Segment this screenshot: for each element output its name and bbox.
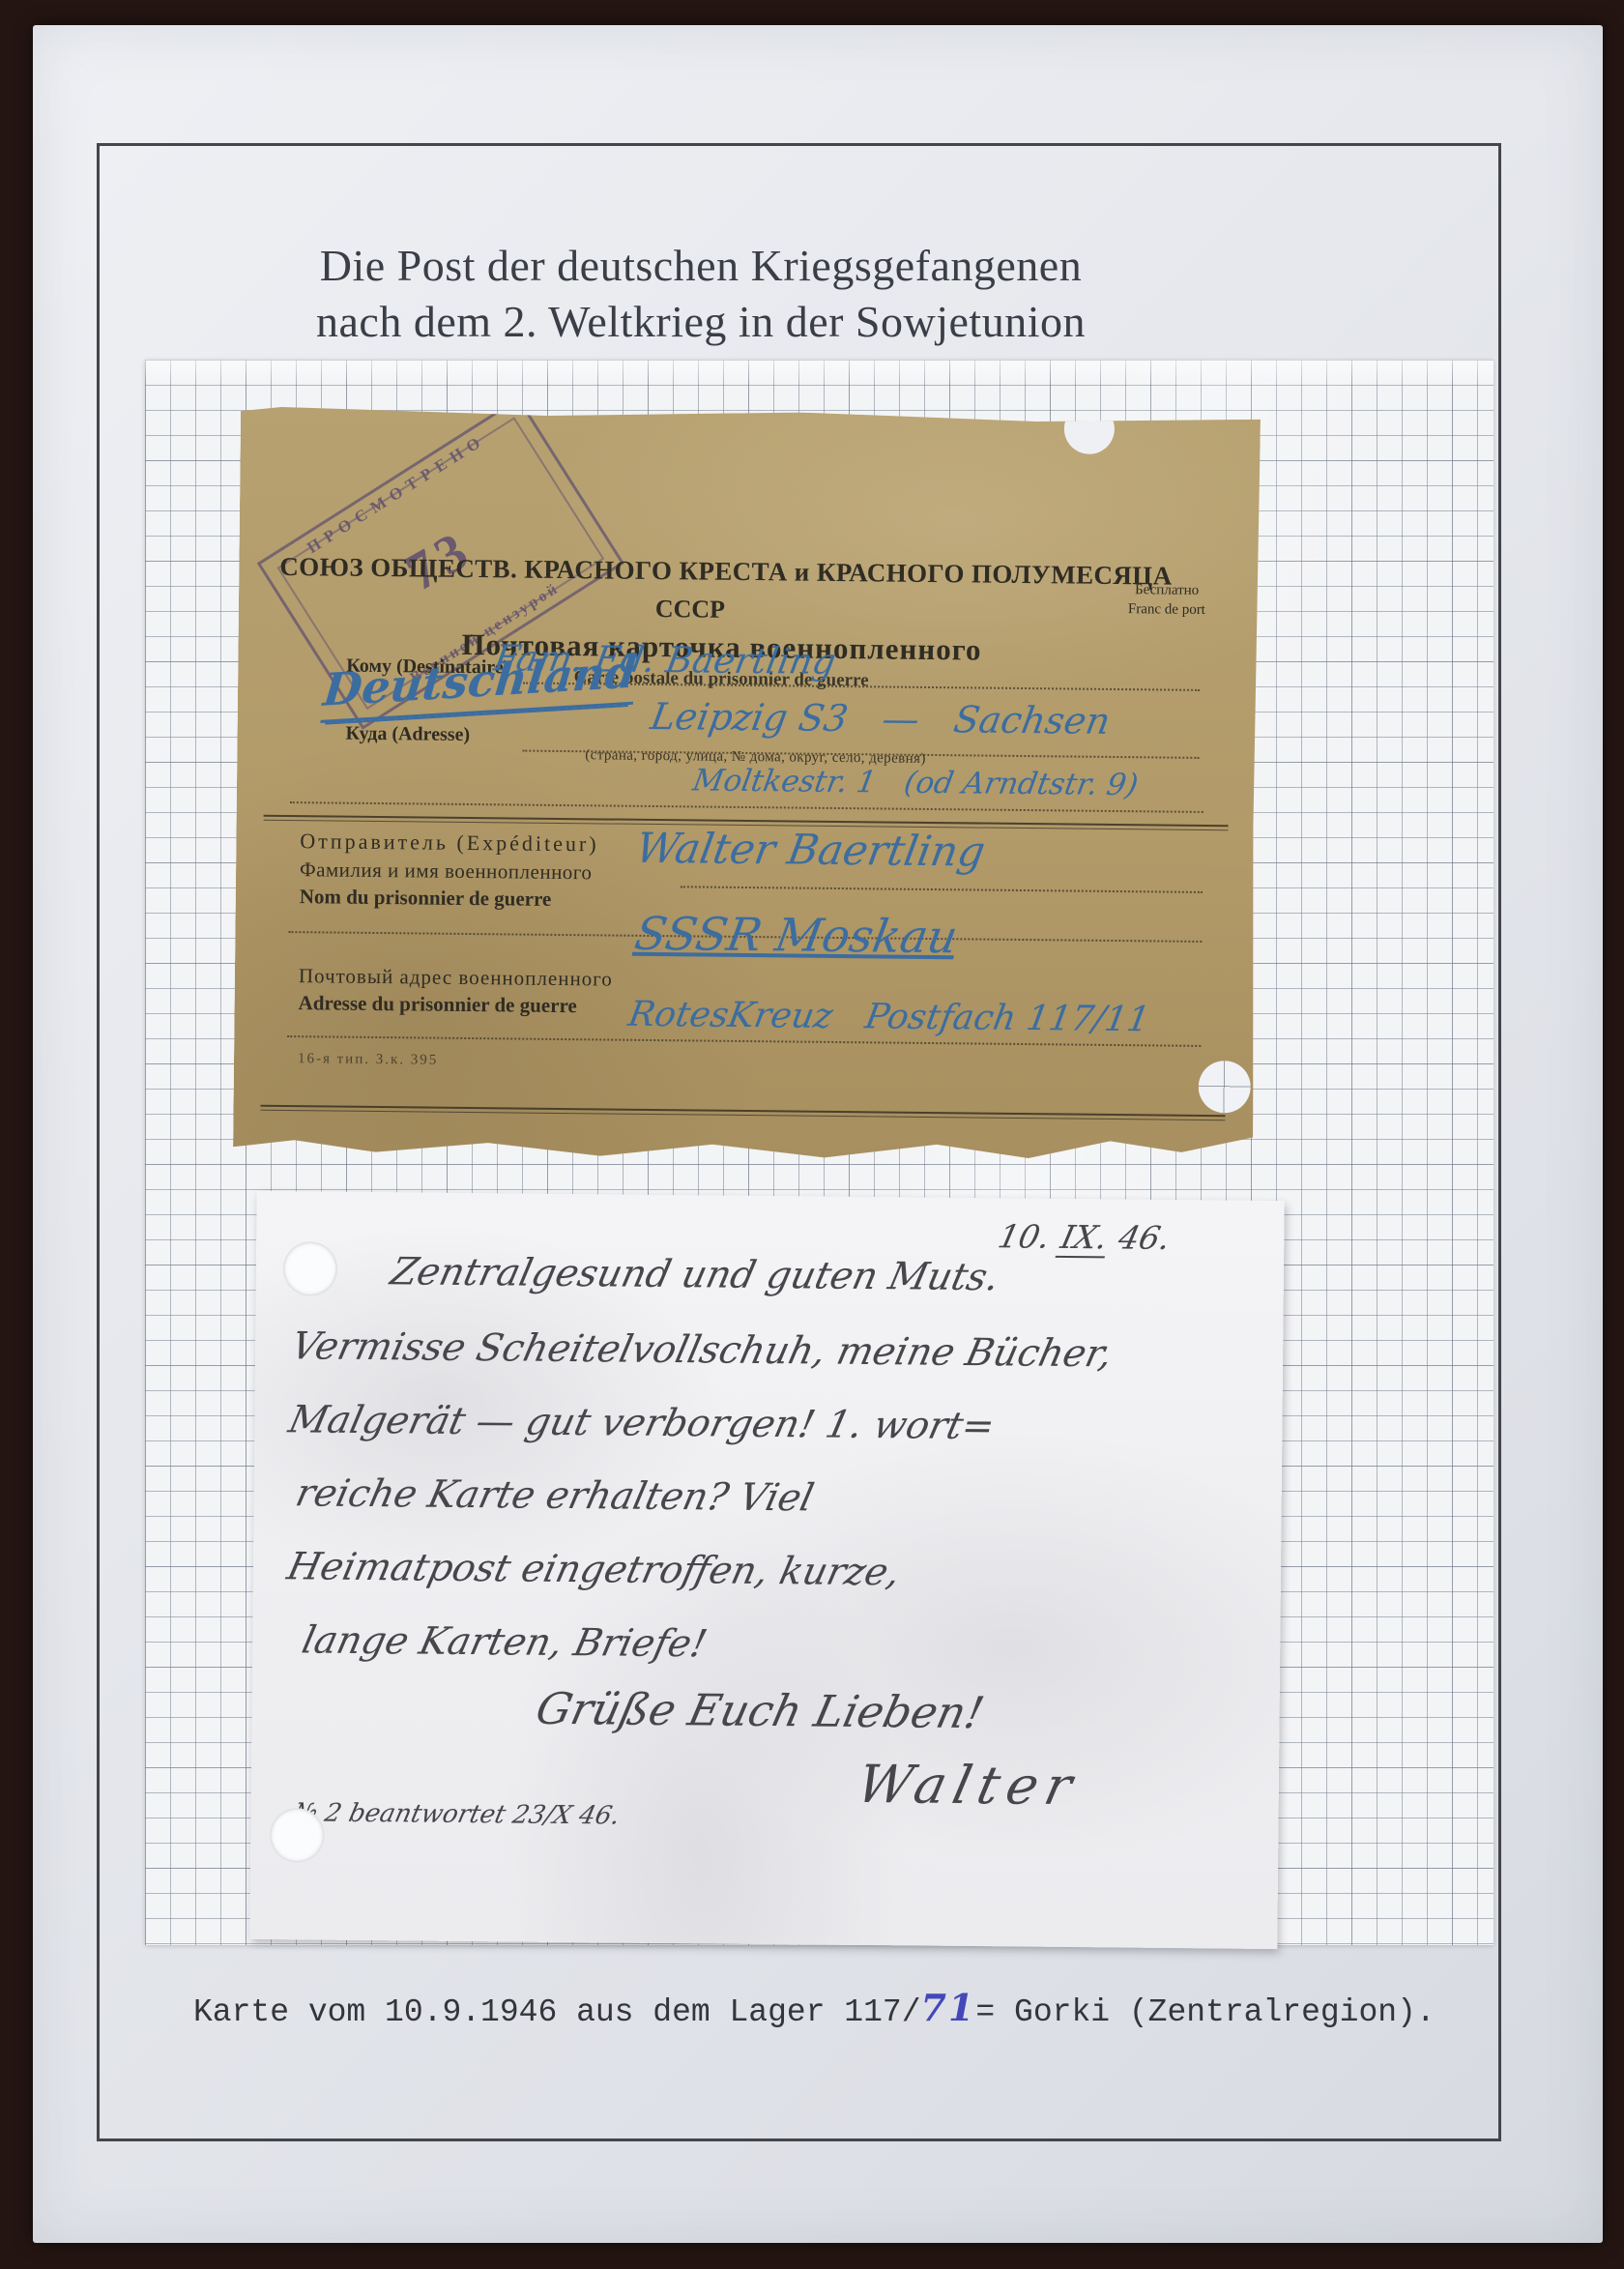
date-year: 46.: [1116, 1219, 1174, 1257]
page-title-line2: nach dem 2. Weltkrieg in der Sowjetunion: [106, 294, 1295, 350]
message-line: Zentralgesund und guten Muts.: [387, 1250, 1003, 1299]
date-day: 10.: [995, 1217, 1054, 1255]
separator-rule: [260, 1105, 1225, 1120]
free-of-charge-russian: Бесплатно: [1089, 582, 1244, 600]
message-closing: Grüße Euch Lieben!: [532, 1683, 989, 1738]
album-photo: Die Post der deutschen Kriegsgefangenen …: [0, 0, 1624, 2269]
message-line: reiche Karte erhalten? Viel: [292, 1471, 818, 1520]
pow-address-label-fr: Adresse du prisonnier de guerre: [298, 991, 576, 1018]
sender-handwriting: Walter Baertling: [632, 825, 988, 877]
pow-address-handwriting-line2: RotesKreuz Postfach 117/11: [625, 995, 1152, 1040]
postcard-message-side: 10. IX. 46. Zentralgesund und guten Muts…: [249, 1191, 1284, 1949]
punch-hole: [1198, 1061, 1251, 1114]
message-line: Vermisse Scheitelvollschuh, meine Bücher…: [287, 1324, 1116, 1376]
message-date: 10. IX. 46.: [995, 1217, 1174, 1257]
pow-postcard-address-side: ПРОСМОТРЕНО 73 Военной цензурой СОЮЗ ОБЩ…: [233, 406, 1261, 1163]
typed-caption: Karte vom 10.9.1946 aus dem Lager 117/71…: [193, 1986, 1435, 2030]
street-handwriting: Moltkestr. 1 (od Arndtstr. 9): [690, 763, 1141, 802]
pow-address-handwriting-line1: SSSR Moskau: [631, 908, 962, 964]
sender-label-ru: Отправитель (Expéditeur): [300, 829, 599, 857]
page-title-line1: Die Post der deutschen Kriegsgefangenen: [106, 238, 1295, 294]
printer-imprint: 16-я тип. З.к. 395: [298, 1051, 438, 1069]
city-handwriting: Leipzig S3 — Sachsen: [648, 695, 1114, 742]
message-line: lange Karten, Briefe!: [298, 1618, 710, 1666]
date-month: IX.: [1056, 1218, 1114, 1258]
address-label: Куда (Adresse): [345, 723, 470, 746]
caption-typed-suffix: = Gorki (Zentralregion).: [975, 1994, 1435, 2030]
dotted-line: [681, 886, 1203, 893]
signature: Walter: [852, 1754, 1086, 1817]
message-line: Malgerät — gut verborgen! 1. wort=: [284, 1398, 999, 1448]
sender-label-fr: Nom du prisonnier de guerre: [300, 885, 552, 912]
caption-handwritten-number: 71: [921, 1986, 976, 2029]
sender-name-label-ru: Фамилия и имя военнопленного: [300, 858, 593, 885]
message-line: Heimatpost eingetroffen, kurze,: [283, 1545, 905, 1594]
caption-typed-prefix: Karte vom 10.9.1946 aus dem Lager 117/: [193, 1994, 921, 2030]
free-of-charge-french: Franc de port: [1089, 601, 1244, 620]
dotted-line: [290, 801, 1203, 813]
pow-address-label-ru: Почтовый адрес военнопленного: [299, 964, 613, 991]
punch-hole: [270, 1808, 325, 1863]
punch-hole: [283, 1241, 338, 1296]
reply-note: № 2 beantwortet 23/X 46.: [290, 1798, 623, 1830]
